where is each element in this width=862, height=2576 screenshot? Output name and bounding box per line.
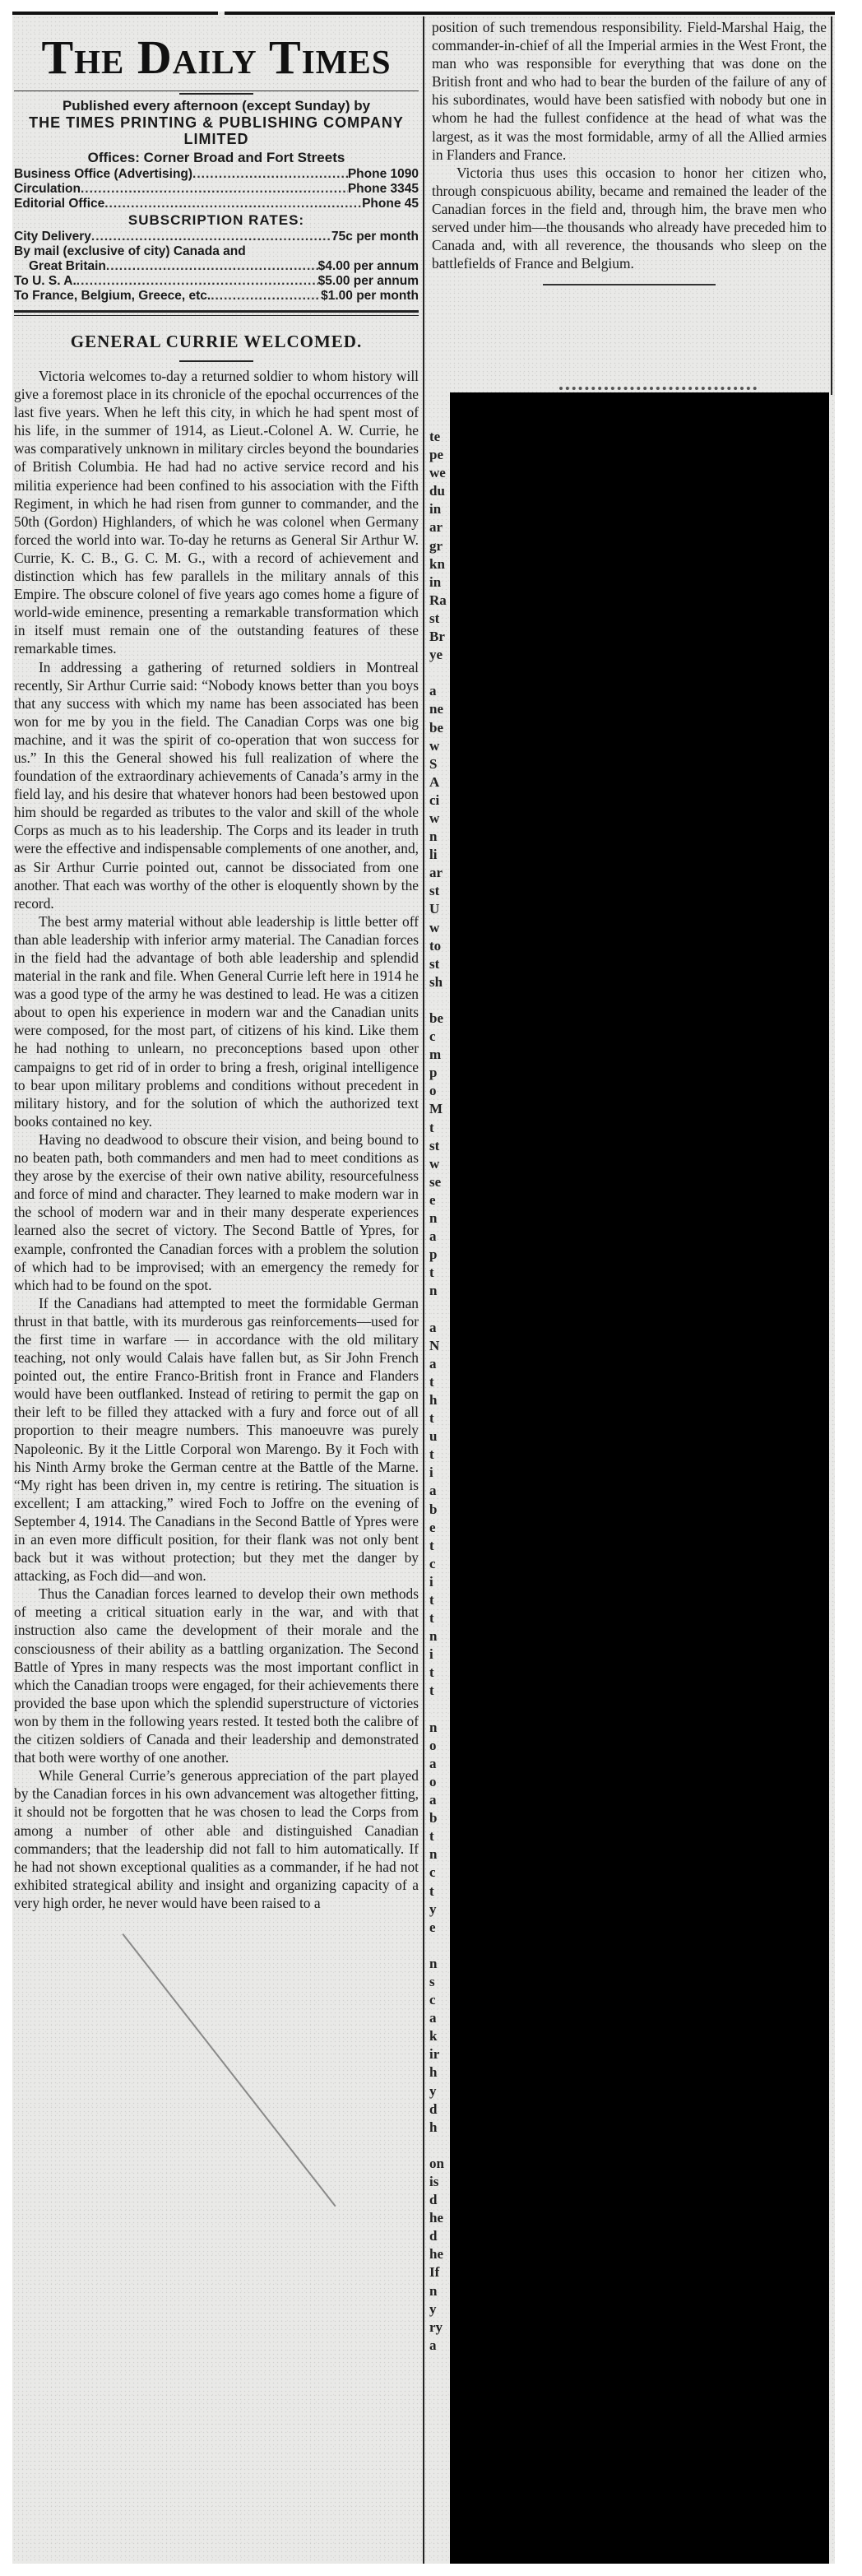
leader-dots	[91, 230, 331, 244]
redaction-block	[450, 392, 829, 2564]
phone-row: Editorial Office Phone 45	[14, 197, 419, 211]
top-rule	[225, 12, 835, 15]
phone-value: Phone 1090	[348, 167, 419, 182]
phone-label: Circulation	[14, 182, 81, 197]
rate-value: $4.00 per annum	[318, 259, 419, 274]
rate-label: To France, Belgium, Greece, etc.	[14, 289, 211, 304]
phone-value: Phone 45	[362, 197, 419, 211]
divider	[179, 93, 253, 95]
editorial-body: Victoria welcomes to-day a returned sold…	[14, 367, 419, 1912]
editorial-paragraph: The best army material without able lead…	[14, 912, 419, 1130]
masthead-rule	[14, 91, 419, 91]
rate-label: Great Britain	[29, 259, 106, 274]
rate-row: To France, Belgium, Greece, etc. $1.00 p…	[14, 289, 419, 304]
editorial-paragraph: Victoria welcomes to-day a returned sold…	[14, 367, 419, 658]
subscription-rates-heading: SUBSCRIPTION RATES:	[14, 211, 419, 230]
editorial-paragraph: Having no deadwood to obscure their visi…	[14, 1130, 419, 1294]
rate-label: By mail (exclusive of city) Canada and	[14, 244, 246, 259]
leader-dots	[106, 259, 318, 274]
phone-row: Business Office (Advertising) Phone 1090	[14, 167, 419, 182]
editorial-paragraph: If the Canadians had attempted to meet t…	[14, 1294, 419, 1585]
editorial-paragraph: While General Currie’s generous apprecia…	[14, 1766, 419, 1912]
publisher-suffix: LIMITED	[14, 131, 419, 147]
headline-divider	[179, 360, 253, 362]
article-end-rule	[543, 284, 716, 285]
rate-label: To U. S. A.	[14, 274, 76, 289]
publication-notice: Published every afternoon (except Sunday…	[14, 98, 419, 114]
section-rule	[14, 310, 419, 316]
column-rule	[423, 16, 424, 2564]
rate-row: Great Britain $4.00 per annum	[14, 259, 419, 274]
masthead-title: The Daily Times	[14, 30, 419, 86]
top-rule	[12, 12, 218, 15]
phone-label: Editorial Office	[14, 197, 104, 211]
leader-dots	[81, 182, 348, 197]
left-column: The Daily Times Published every afternoo…	[14, 18, 419, 1912]
column-rule	[831, 16, 832, 395]
editorial-paragraph: Thus the Canadian forces learned to deve…	[14, 1585, 419, 1766]
rate-label: City Delivery	[14, 230, 91, 244]
right-column: position of such tremendous responsibili…	[432, 18, 827, 285]
cropped-column-fragment: te pe we du in ar gr kn in Ra st Br ye a…	[429, 428, 449, 2559]
leader-dots	[76, 274, 318, 289]
rate-row: To U. S. A. $5.00 per annum	[14, 274, 419, 289]
leader-dots	[192, 167, 348, 182]
rate-row: By mail (exclusive of city) Canada and	[14, 244, 419, 259]
phone-row: Circulation Phone 3345	[14, 182, 419, 197]
editorial-headline: GENERAL CURRIE WELCOMED.	[14, 331, 419, 352]
editorial-paragraph: In addressing a gathering of returned so…	[14, 658, 419, 912]
phone-label: Business Office (Advertising)	[14, 167, 192, 182]
continuation-paragraph: Victoria thus uses this occasion to hono…	[432, 164, 827, 273]
rates-list: City Delivery 75c per month By mail (exc…	[14, 230, 419, 304]
rate-value: 75c per month	[331, 230, 419, 244]
publisher-name: THE TIMES PRINTING & PUBLISHING COMPANY	[14, 114, 419, 131]
phone-list: Business Office (Advertising) Phone 1090…	[14, 167, 419, 211]
office-address: Offices: Corner Broad and Fort Streets	[14, 149, 419, 167]
rate-value: $1.00 per month	[321, 289, 419, 304]
rate-row: City Delivery 75c per month	[14, 230, 419, 244]
leader-dots	[211, 289, 321, 304]
leader-dots	[104, 197, 362, 211]
phone-value: Phone 3345	[348, 182, 419, 197]
rate-value: $5.00 per annum	[318, 274, 419, 289]
continuation-paragraph: position of such tremendous responsibili…	[432, 18, 827, 164]
